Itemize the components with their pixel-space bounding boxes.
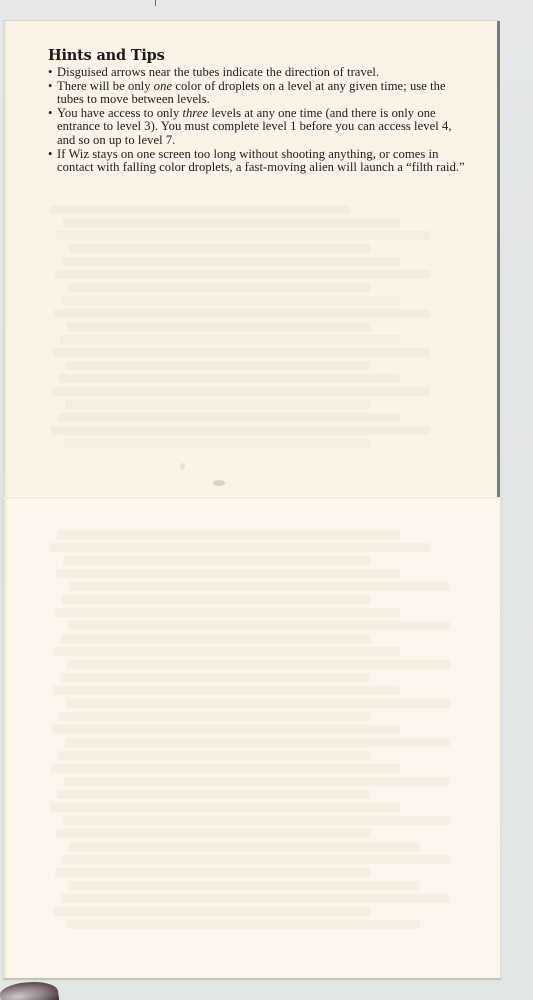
bleed-band (55, 270, 430, 279)
bleed-band (67, 920, 420, 929)
bleed-band (63, 218, 400, 227)
bleed-band (66, 699, 450, 708)
bleed-band (65, 738, 450, 747)
bleed-band (60, 335, 400, 344)
bullet-icon: • (48, 66, 52, 80)
bleed-band (66, 361, 370, 370)
bleed-band (56, 231, 430, 240)
bleed-band (50, 803, 400, 812)
bleed-band (57, 530, 400, 539)
bullet-icon: • (48, 107, 52, 121)
emphasis-text: three (183, 106, 209, 120)
bleed-band (56, 829, 370, 838)
hints-and-tips-section: Hints and Tips •Disguised arrows near th… (48, 47, 468, 175)
bleed-band (62, 595, 370, 604)
bleed-band (63, 816, 450, 825)
tip-item: •Disguised arrows near the tubes indicat… (48, 66, 468, 80)
tip-text: You have access to only (57, 106, 183, 120)
bleed-band (53, 348, 430, 357)
bleed-band (67, 660, 450, 669)
tip-text: Disguised arrows near the tubes indicate… (57, 65, 379, 79)
bleed-band (52, 725, 400, 734)
tip-text: There will be only (57, 79, 154, 93)
tip-text: If Wiz stays on one screen too long with… (57, 147, 465, 175)
bleed-band (62, 855, 450, 864)
bleed-band (68, 881, 420, 890)
fold-crease (3, 497, 500, 499)
bleed-band (57, 790, 370, 799)
bleed-band (61, 634, 370, 643)
tip-item: •You have access to only three levels at… (48, 107, 468, 148)
bleed-band (58, 413, 400, 422)
bleed-band (50, 205, 350, 214)
bleed-band (69, 244, 370, 253)
bleed-band (61, 894, 450, 903)
bleed-band (54, 647, 400, 656)
bleed-band (59, 712, 370, 721)
tip-item: •There will be only one color of droplet… (48, 80, 468, 107)
bleed-band (53, 686, 400, 695)
tip-item: •If Wiz stays on one screen too long wit… (48, 148, 468, 175)
bleed-band (67, 322, 370, 331)
bullet-icon: • (48, 148, 52, 162)
bullet-icon: • (48, 80, 52, 94)
bleed-band (64, 777, 450, 786)
tips-list: •Disguised arrows near the tubes indicat… (48, 66, 468, 175)
bleed-band (65, 400, 370, 409)
bleed-band (61, 296, 400, 305)
bleed-band (59, 374, 400, 383)
bleed-band (50, 543, 430, 552)
bleed-band (55, 608, 400, 617)
bleed-band (63, 556, 370, 565)
bleed-band (51, 764, 400, 773)
smudge-mark (213, 480, 225, 486)
emphasis-text: one (154, 79, 172, 93)
bleed-band (54, 309, 430, 318)
bleed-band (62, 257, 400, 266)
bleed-band (51, 426, 430, 435)
bleed-band (69, 582, 450, 591)
bleed-band (68, 621, 450, 630)
scan-artifact (155, 0, 156, 6)
bleed-band (52, 387, 430, 396)
bleed-band (58, 751, 370, 760)
bleed-band (56, 569, 400, 578)
bleed-band (55, 868, 370, 877)
bleed-band (54, 907, 370, 916)
bleed-band (60, 673, 370, 682)
bleed-band (64, 439, 370, 448)
section-heading: Hints and Tips (48, 47, 468, 64)
bleed-band (69, 842, 420, 851)
smudge-mark (180, 463, 185, 470)
bleed-band (68, 283, 370, 292)
